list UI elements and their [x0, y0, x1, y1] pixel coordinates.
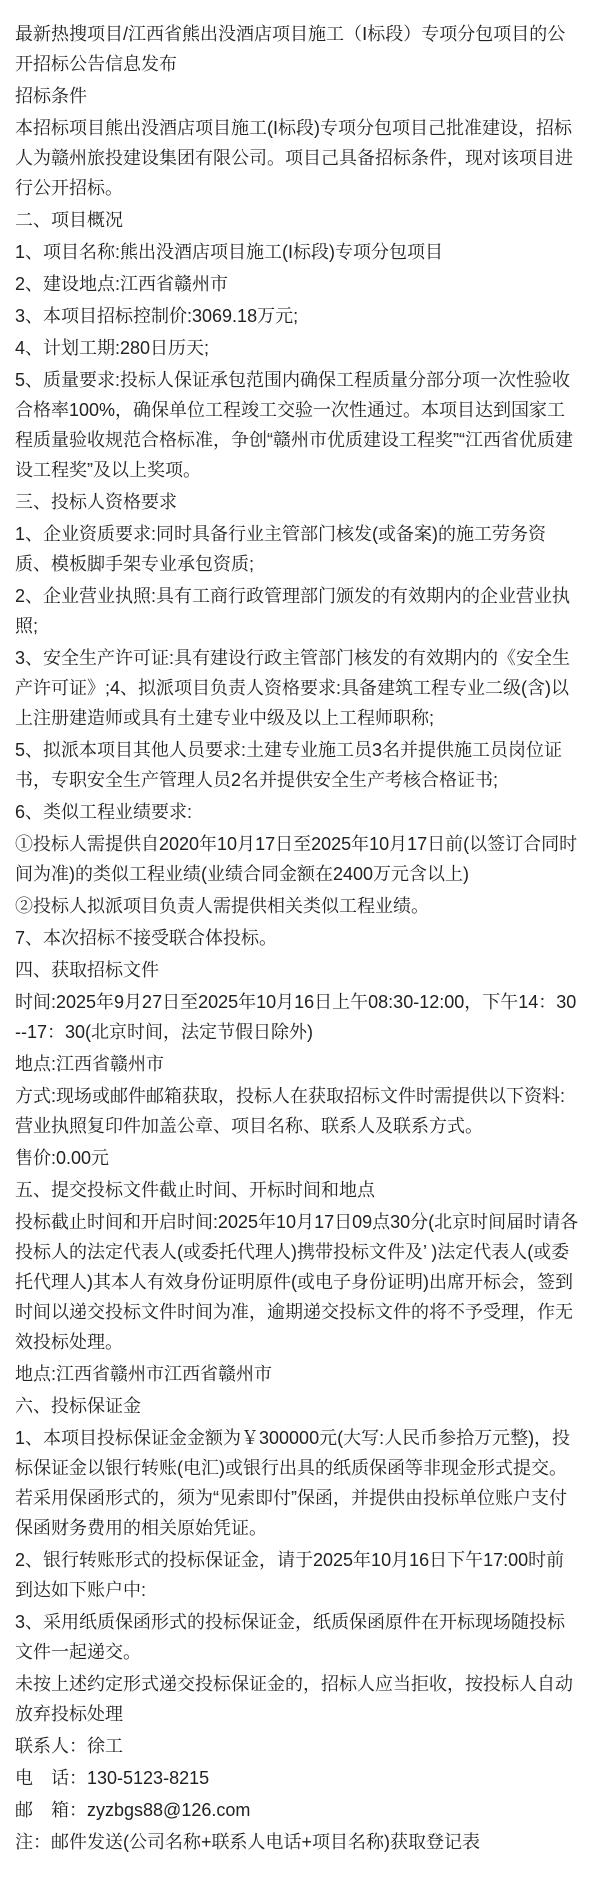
paragraph-bond-amount: 1、本项目投标保证金金额为￥300000元(大写:人民币参拾万元整)，投标保证金… [15, 1423, 580, 1543]
section-heading-submission-deadline: 五、提交投标文件截止时间、开标时间和地点 [15, 1175, 580, 1205]
paragraph-performance-item-2: ②投标人拟派项目负责人需提供相关类似工程业绩。 [15, 891, 580, 921]
paragraph-construction-location: 2、建设地点:江西省赣州市 [15, 269, 580, 299]
section-heading-obtain-documents: 四、获取招标文件 [15, 955, 580, 985]
paragraph-other-personnel: 5、拟派本项目其他人员要求:土建专业施工员3名并提供施工员岗位证书，专职安全生产… [15, 735, 580, 795]
section-heading-bid-bond: 六、投标保证金 [15, 1391, 580, 1421]
paragraph-price: 售价:0.00元 [15, 1143, 580, 1173]
paragraph-control-price: 3、本项目招标控制价:3069.18万元; [15, 301, 580, 331]
page-title: 最新热搜项目/江西省熊出没酒店项目施工（Ⅰ标段）专项分包项目的公开招标公告信息发… [15, 19, 580, 79]
paragraph-deadline-details: 投标截止时间和开启时间:2025年10月17日09点30分(北京时间届时请各投标… [15, 1207, 580, 1357]
section-heading-project-overview: 二、项目概况 [15, 205, 580, 235]
paragraph-performance-item-1: ①投标人需提供自2020年10月17日至2025年10月17日前(以签订合同时间… [15, 829, 580, 889]
paragraph-opening-location: 地点:江西省赣州市江西省赣州市 [15, 1359, 580, 1389]
paragraph-email-note: 注：邮件发送(公司名称+联系人电话+项目名称)获取登记表 [15, 1827, 580, 1857]
paragraph-enterprise-qualification: 1、企业资质要求:同时具备行业主管部门核发(或备案)的施工劳务资质、模板脚手架专… [15, 519, 580, 579]
section-heading-bidder-qualifications: 三、投标人资格要求 [15, 487, 580, 517]
paragraph-obtain-time: 时间:2025年9月27日至2025年10月16日上午08:30-12:00，下… [15, 987, 580, 1047]
paragraph-obtain-location: 地点:江西省赣州市 [15, 1049, 580, 1079]
paragraph-bidding-conditions: 本招标项目熊出没酒店项目施工(I标段)专项分包项目己批准建设，招标人为赣州旅投建… [15, 113, 580, 203]
contact-email: 邮 箱：zyzbgs88@126.com [15, 1795, 580, 1825]
paragraph-no-consortium: 7、本次招标不接受联合体投标。 [15, 923, 580, 953]
section-heading-bidding-conditions: 招标条件 [15, 81, 580, 111]
paragraph-quality-requirements: 5、质量要求:投标人保证承包范围内确保工程质量分部分项一次性验收合格率100%，… [15, 365, 580, 485]
contact-person: 联系人：徐工 [15, 1731, 580, 1761]
paragraph-project-name: 1、项目名称:熊出没酒店项目施工(I标段)专项分包项目 [15, 237, 580, 267]
paragraph-obtain-method: 方式:现场或邮件邮箱获取，投标人在获取招标文件时需提供以下资料:营业执照复印件加… [15, 1081, 580, 1141]
paragraph-similar-performance-heading: 6、类似工程业绩要求: [15, 797, 580, 827]
paragraph-planned-duration: 4、计划工期:280日历天; [15, 333, 580, 363]
paragraph-bond-bank-transfer: 2、银行转账形式的投标保证金，请于2025年10月16日下午17:00时前到达如… [15, 1545, 580, 1605]
contact-phone: 电 话：130-5123-8215 [15, 1763, 580, 1793]
tender-announcement-document: 最新热搜项目/江西省熊出没酒店项目施工（Ⅰ标段）专项分包项目的公开招标公告信息发… [0, 0, 589, 1879]
paragraph-business-license: 2、企业营业执照:具有工商行政管理部门颁发的有效期内的企业营业执照; [15, 581, 580, 641]
paragraph-safety-license-and-project-leader: 3、安全生产许可证:具有建设行政主管部门核发的有效期内的《安全生产许可证》;4、… [15, 643, 580, 733]
paragraph-bond-paper-guarantee: 3、采用纸质保函形式的投标保证金，纸质保函原件在开标现场随投标文件一起递交。 [15, 1607, 580, 1667]
paragraph-bond-rejection-note: 未按上述约定形式递交投标保证金的，招标人应当拒收，按投标人自动放弃投标处理 [15, 1669, 580, 1729]
